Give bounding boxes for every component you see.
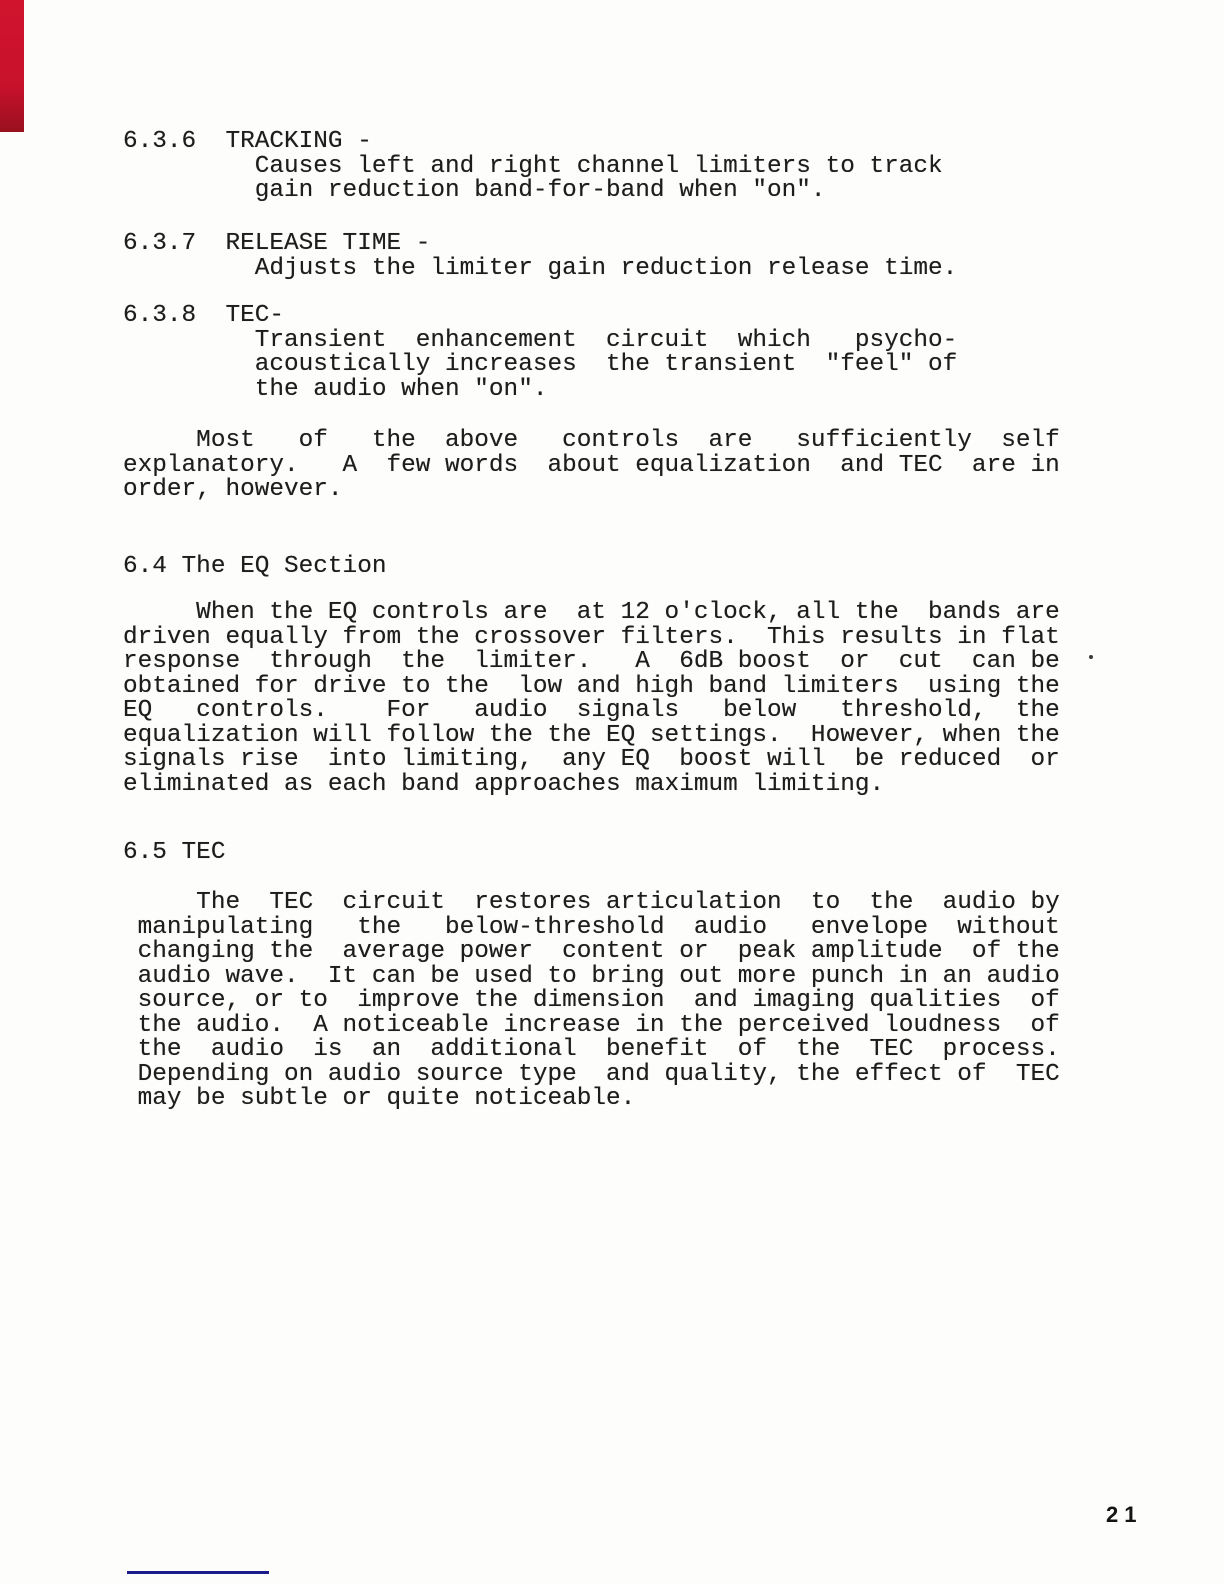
scan-artifact-ink-dot <box>1089 655 1093 659</box>
heading-tec: 6.5 TEC <box>123 841 225 866</box>
scan-artifact-blue-line <box>127 1571 269 1574</box>
section-6-3-6-tracking: 6.3.6 TRACKING - Causes left and right c… <box>123 130 943 204</box>
heading-eq-section: 6.4 The EQ Section <box>123 555 386 580</box>
scan-artifact-red-bar <box>0 0 24 132</box>
paragraph-controls-note: Most of the above controls are sufficien… <box>123 429 1060 503</box>
scanned-manual-page: 6.3.6 TRACKING - Causes left and right c… <box>0 0 1224 1584</box>
paragraph-eq-section: When the EQ controls are at 12 o'clock, … <box>123 601 1060 797</box>
section-6-3-7-release-time: 6.3.7 RELEASE TIME - Adjusts the limiter… <box>123 232 957 281</box>
page-number: 21 <box>1106 1502 1142 1528</box>
paragraph-tec: The TEC circuit restores articulation to… <box>123 891 1060 1112</box>
section-6-3-8-tec: 6.3.8 TEC- Transient enhancement circuit… <box>123 304 957 402</box>
